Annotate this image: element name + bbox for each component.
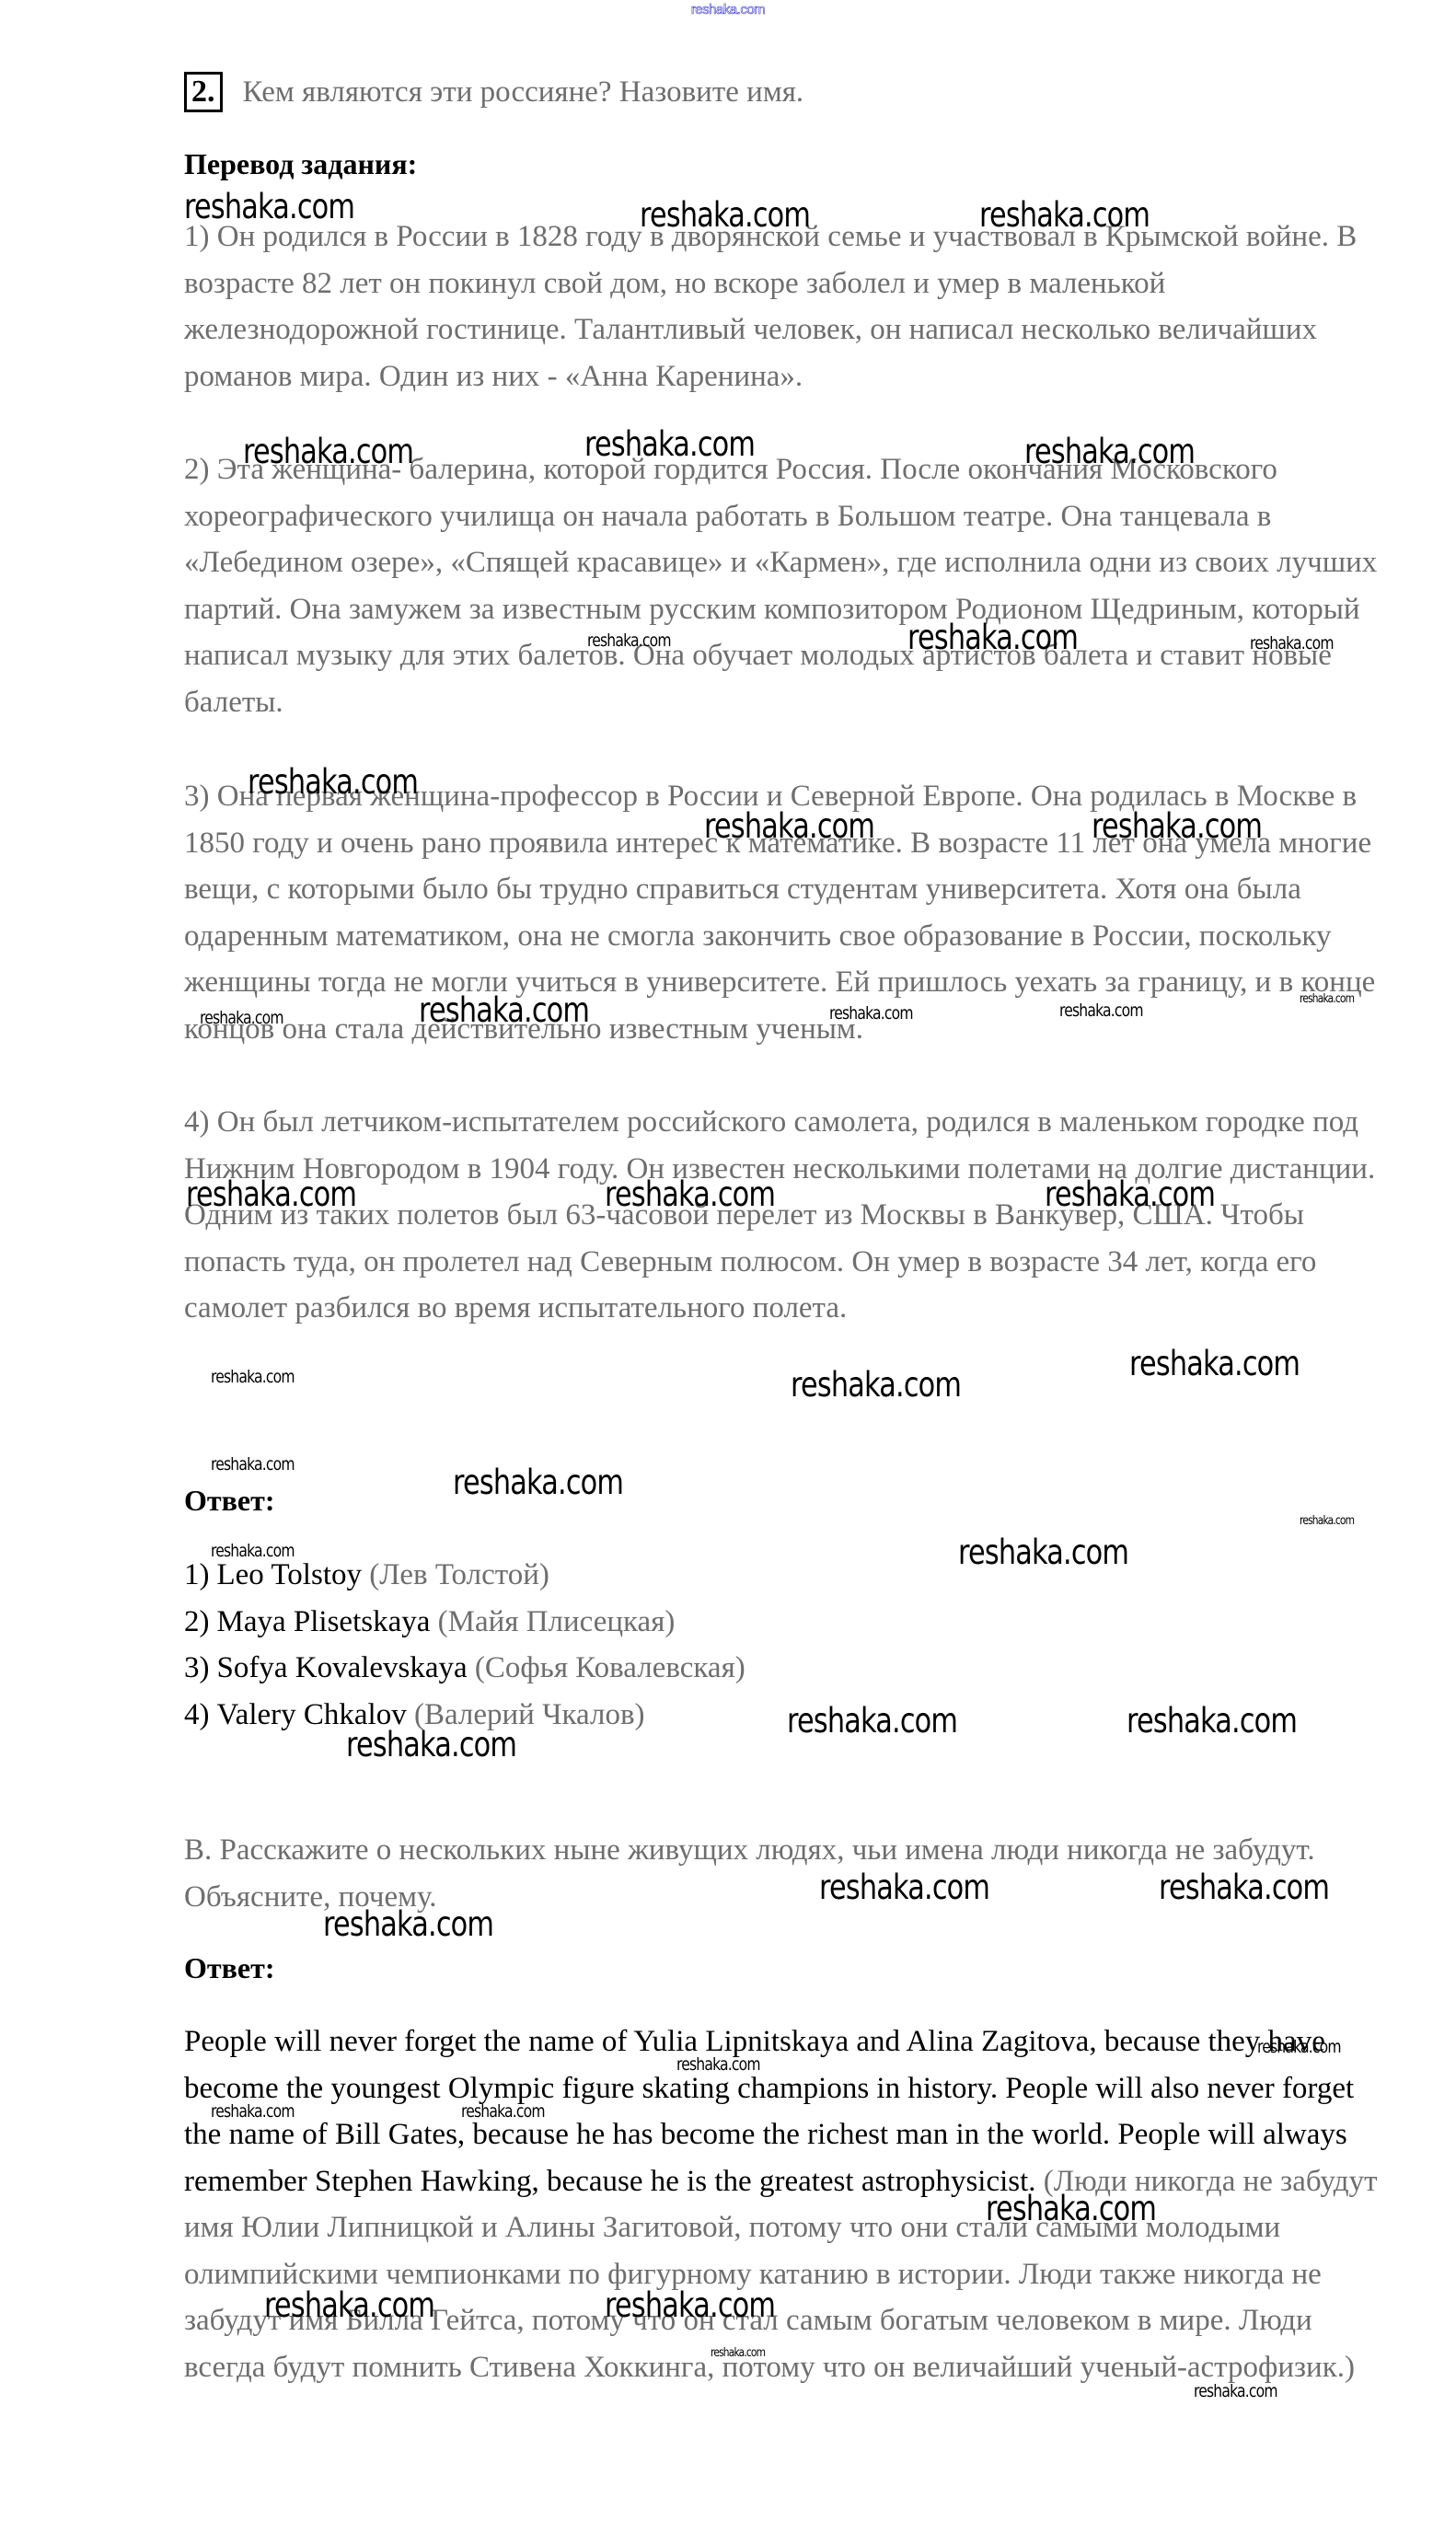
task-number-box: 2. xyxy=(184,72,223,112)
reshaka-watermark: reshaka.com xyxy=(1300,992,1354,1006)
reshaka-watermark: reshaka.com xyxy=(829,1003,913,1024)
reshaka-watermark: reshaka.com xyxy=(605,2285,775,2325)
answer-heading-2: Ответ: xyxy=(184,1951,274,1985)
reshaka-watermark: reshaka.com xyxy=(584,424,755,464)
reshaka-watermark: reshaka.com xyxy=(958,1533,1128,1572)
task-b-label: B. xyxy=(184,1833,212,1867)
answer-name-ru: (Софья Ковалевская) xyxy=(475,1651,745,1684)
reshaka-watermark: reshaka.com xyxy=(453,1463,623,1502)
reshaka-watermark: reshaka.com xyxy=(419,990,589,1030)
reshaka-watermark: reshaka.com xyxy=(1129,1344,1300,1383)
reshaka-watermark: reshaka.com xyxy=(211,1367,295,1387)
reshaka-watermark: reshaka.com xyxy=(791,1365,961,1405)
reshaka-watermark: reshaka.com xyxy=(704,806,874,846)
reshaka-watermark: reshaka.com xyxy=(186,1174,356,1214)
reshaka-watermark: reshaka.com xyxy=(711,2346,765,2360)
answer-item: 3)Sofya Kovalevskaya (Софья Ковалевская) xyxy=(184,1645,745,1692)
answer-number: 2) xyxy=(184,1605,210,1638)
task-prompt: Кем являются эти россияне? Назовите имя. xyxy=(243,75,804,110)
task-b-text: Расскажите о нескольких ныне живущих люд… xyxy=(184,1833,1315,1914)
reshaka-watermark: reshaka.com xyxy=(184,187,354,226)
reshaka-watermark: reshaka.com xyxy=(979,195,1150,235)
reshaka-watermark: reshaka.com xyxy=(1194,2381,1277,2401)
reshaka-watermark: reshaka.com xyxy=(1159,1868,1329,1907)
translation-heading: Перевод задания: xyxy=(184,147,417,181)
reshaka-watermark: reshaka.com xyxy=(1127,1701,1297,1741)
answer-number: 1) xyxy=(184,1558,210,1591)
reshaka-watermark: reshaka.com xyxy=(264,2285,434,2325)
answer-name-ru: (Майя Плисецкая) xyxy=(438,1605,676,1638)
reshaka-watermark: reshaka.com xyxy=(211,1541,295,1561)
answer-list: 1)Leo Tolstoy (Лев Толстой) 2)Maya Plise… xyxy=(184,1552,745,1738)
site-watermark-header: reshaka.com xyxy=(0,2,1456,17)
reshaka-watermark: reshaka.com xyxy=(1045,1174,1215,1214)
task-title-line: 2. Кем являются эти россияне? Назовите и… xyxy=(184,72,803,112)
reshaka-watermark: reshaka.com xyxy=(605,1174,775,1214)
reshaka-watermark: reshaka.com xyxy=(986,2189,1156,2228)
reshaka-watermark: reshaka.com xyxy=(1300,1514,1354,1528)
answer-item: 2)Maya Plisetskaya (Майя Плисецкая) xyxy=(184,1599,745,1646)
answer-essay: People will never forget the name of Yul… xyxy=(184,2018,1381,2390)
reshaka-watermark: reshaka.com xyxy=(461,2101,545,2122)
translation-paragraph-1: 1) Он родился в России в 1828 году в дво… xyxy=(184,214,1381,399)
reshaka-watermark: reshaka.com xyxy=(819,1868,989,1907)
reshaka-watermark: reshaka.com xyxy=(787,1701,957,1741)
answer-name-ru: (Лев Толстой) xyxy=(369,1558,549,1591)
reshaka-watermark: reshaka.com xyxy=(1092,806,1262,846)
reshaka-watermark: reshaka.com xyxy=(676,2054,760,2075)
answer-number: 3) xyxy=(184,1651,210,1684)
reshaka-watermark: reshaka.com xyxy=(1250,633,1334,653)
reshaka-watermark: reshaka.com xyxy=(907,618,1078,657)
reshaka-watermark: reshaka.com xyxy=(346,1725,516,1764)
reshaka-watermark: reshaka.com xyxy=(1024,432,1195,471)
reshaka-watermark: reshaka.com xyxy=(248,762,418,802)
translation-paragraph-4: 4) Он был летчиком-испытателем российско… xyxy=(184,1099,1381,1332)
translation-paragraph-2: 2) Эта женщина- балерина, которой гордит… xyxy=(184,446,1381,725)
document-page: reshaka.com 2. Кем являются эти россияне… xyxy=(0,0,1456,2533)
reshaka-watermark: reshaka.com xyxy=(1257,2037,1341,2057)
reshaka-watermark: reshaka.com xyxy=(587,630,671,651)
reshaka-watermark: reshaka.com xyxy=(640,195,810,235)
reshaka-watermark: reshaka.com xyxy=(243,432,413,471)
reshaka-watermark: reshaka.com xyxy=(323,1904,493,1944)
reshaka-watermark: reshaka.com xyxy=(211,1454,295,1475)
reshaka-watermark: reshaka.com xyxy=(200,1008,283,1028)
answer-heading-1: Ответ: xyxy=(184,1484,274,1518)
answer-name-en: Maya Plisetskaya xyxy=(217,1605,431,1638)
reshaka-watermark: reshaka.com xyxy=(1059,1000,1143,1021)
answer-name-en: Sofya Kovalevskaya xyxy=(217,1651,468,1684)
reshaka-watermark: reshaka.com xyxy=(211,2101,295,2122)
answer-number: 4) xyxy=(184,1698,210,1731)
answer-name-en: Leo Tolstoy xyxy=(217,1558,363,1591)
